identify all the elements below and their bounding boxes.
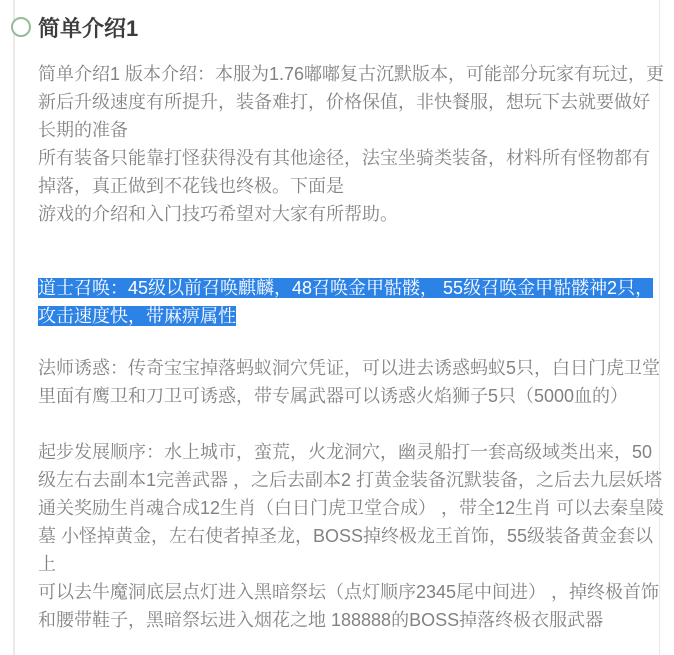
node-bullet-icon[interactable]	[11, 17, 31, 37]
note-line[interactable]: 新后升级速度有所提升，装备难打，价格保值，非快餐服，想玩下去就要做好	[38, 88, 659, 116]
pane-divider	[659, 0, 660, 655]
note-line[interactable]: 攻击速度快，带麻痹属性	[38, 302, 659, 330]
note-text: 上	[38, 554, 56, 574]
note-text: 里面有鹰卫和刀卫可诱惑，带专属武器可以诱惑火焰狮子5只（5000血的）	[38, 386, 628, 406]
node-note[interactable]: 简单介绍1 版本介绍：本服为1.76嘟嘟复古沉默版本，可能部分玩家有玩过，更新后…	[38, 60, 659, 634]
note-line[interactable]: 掉落，真正做到不花钱也终极。下面是	[38, 172, 659, 200]
note-line[interactable]: 起步发展顺序：水上城市，蛮荒，火龙洞穴，幽灵船打一套高级域类出来，50	[38, 438, 659, 466]
note-text: 和腰带鞋子，黑暗祭坛进入烟花之地 188888的BOSS掉落终极衣服武器	[38, 610, 603, 630]
outline-thread-line	[13, 0, 15, 655]
note-line[interactable]: 所有装备只能靠打怪获得没有其他途径，法宝坐骑类装备，材料所有怪物都有	[38, 144, 659, 172]
note-text: 所有装备只能靠打怪获得没有其他途径，法宝坐骑类装备，材料所有怪物都有	[38, 148, 650, 168]
note-text: 级左右去副本1完善武器 ，之后去副本2 打黄金装备沉默装备，之后去九层妖塔	[38, 470, 662, 490]
note-paragraph[interactable]: 法师诱惑：传奇宝宝掉落蚂蚁洞穴凭证，可以进去诱惑蚂蚁5只，白日门虎卫堂里面有鹰卫…	[38, 354, 659, 410]
note-line[interactable]: 里面有鹰卫和刀卫可诱惑，带专属武器可以诱惑火焰狮子5只（5000血的）	[38, 382, 659, 410]
note-line[interactable]: 和腰带鞋子，黑暗祭坛进入烟花之地 188888的BOSS掉落终极衣服武器	[38, 606, 659, 634]
note-paragraph[interactable]: 简单介绍1 版本介绍：本服为1.76嘟嘟复古沉默版本，可能部分玩家有玩过，更新后…	[38, 60, 659, 228]
note-text: 新后升级速度有所提升，装备难打，价格保值，非快餐服，想玩下去就要做好	[38, 92, 650, 112]
note-line[interactable]: 级左右去副本1完善武器 ，之后去副本2 打黄金装备沉默装备，之后去九层妖塔	[38, 466, 659, 494]
note-text: 起步发展顺序：水上城市，蛮荒，火龙洞穴，幽灵船打一套高级域类出来，50	[38, 442, 652, 462]
note-line[interactable]: 游戏的介绍和入门技巧希望对大家有所帮助。	[38, 200, 659, 228]
note-text: 游戏的介绍和入门技巧希望对大家有所帮助。	[38, 204, 398, 224]
note-text: 墓 小怪掉黄金，左右使者掉圣龙，BOSS掉终极龙王首饰，55级装备黄金套以	[38, 526, 653, 546]
note-text: 法师诱惑：传奇宝宝掉落蚂蚁洞穴凭证，可以进去诱惑蚂蚁5只，白日门虎卫堂	[38, 358, 660, 378]
note-text: 通关奖励生肖魂合成12生肖（白日门虎卫堂合成） ，带全12生肖 可以去秦皇陵	[38, 498, 664, 518]
node-title[interactable]: 简单介绍1	[38, 14, 659, 44]
note-paragraph-selected[interactable]: 道士召唤：45级以前召唤麒麟，48召唤金甲骷髅， 55级召唤金甲骷髅神2只，攻击…	[38, 274, 659, 330]
note-paragraph[interactable]: 起步发展顺序：水上城市，蛮荒，火龙洞穴，幽灵船打一套高级域类出来，50级左右去副…	[38, 438, 659, 634]
note-line[interactable]: 通关奖励生肖魂合成12生肖（白日门虎卫堂合成） ，带全12生肖 可以去秦皇陵	[38, 494, 659, 522]
note-text: 简单介绍1 版本介绍：本服为1.76嘟嘟复古沉默版本，可能部分玩家有玩过，更	[38, 64, 664, 84]
selected-text: 攻击速度快，带麻痹属性	[38, 306, 236, 326]
note-line[interactable]: 上	[38, 550, 659, 578]
note-text: 可以去牛魔洞底层点灯进入黑暗祭坛（点灯顺序2345尾中间进） ，掉终极首饰	[38, 582, 659, 602]
note-text: 掉落，真正做到不花钱也终极。下面是	[38, 176, 344, 196]
note-line[interactable]: 道士召唤：45级以前召唤麒麟，48召唤金甲骷髅， 55级召唤金甲骷髅神2只，	[38, 274, 659, 302]
note-line[interactable]: 简单介绍1 版本介绍：本服为1.76嘟嘟复古沉默版本，可能部分玩家有玩过，更	[38, 60, 659, 88]
note-line[interactable]: 可以去牛魔洞底层点灯进入黑暗祭坛（点灯顺序2345尾中间进） ，掉终极首饰	[38, 578, 659, 606]
selected-text: 道士召唤：45级以前召唤麒麟，48召唤金甲骷髅， 55级召唤金甲骷髅神2只，	[38, 278, 653, 298]
note-line[interactable]: 墓 小怪掉黄金，左右使者掉圣龙，BOSS掉终极龙王首饰，55级装备黄金套以	[38, 522, 659, 550]
note-text: 长期的准备	[38, 120, 128, 140]
note-line[interactable]: 法师诱惑：传奇宝宝掉落蚂蚁洞穴凭证，可以进去诱惑蚂蚁5只，白日门虎卫堂	[38, 354, 659, 382]
outline-node: 简单介绍1 简单介绍1 版本介绍：本服为1.76嘟嘟复古沉默版本，可能部分玩家有…	[38, 14, 659, 634]
note-line[interactable]: 长期的准备	[38, 116, 659, 144]
